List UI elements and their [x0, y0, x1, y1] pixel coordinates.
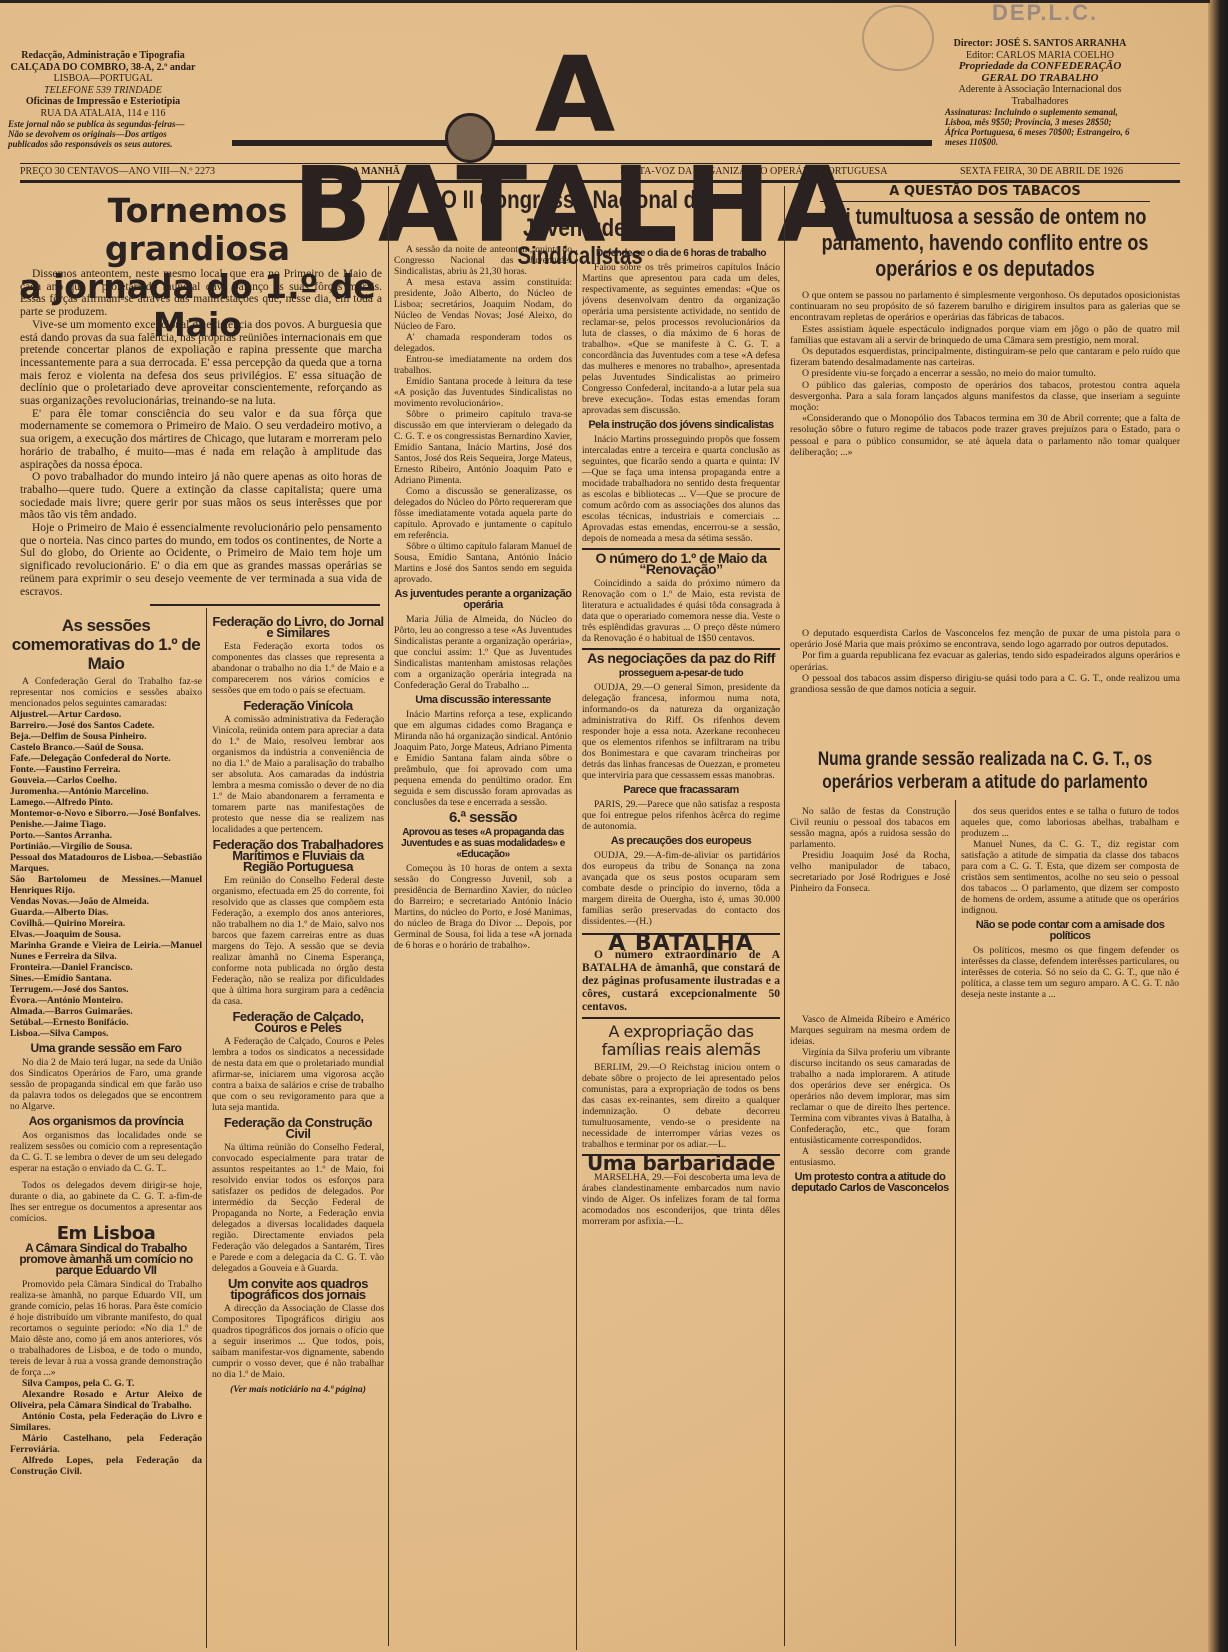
delegate-item: Lisboa.—Silva Campos.: [10, 1028, 202, 1039]
congress-paragraph: Entrou-se imediatamente na ordem dos tra…: [394, 354, 572, 376]
tobacco-paragraph: O presidente viu-se forçado a encerrar a…: [790, 368, 1180, 379]
lead-headline-line-1: Tornemos grandiosa: [10, 192, 385, 268]
delegate-item: Penishe.—Jaime Tiago.: [10, 819, 202, 830]
column-rule: [955, 800, 956, 1646]
cgt-session-headline: Numa grande sessão realizada na C. G. T.…: [817, 748, 1153, 794]
adherent-line: Aderente à Associação Internacional dos …: [945, 84, 1135, 107]
convite-text: A direcção da Associação de Classe dos C…: [212, 1303, 384, 1380]
batalha-extra-box: A BATALHA O número extraordinário de A B…: [582, 933, 780, 1019]
library-stamp-icon: [862, 5, 934, 71]
cgt-paragraph: dos seus queridos entes e se talha o fut…: [961, 806, 1179, 839]
lisboa-headline: Em Lisboa: [10, 1228, 202, 1239]
vinicola-headline: Federação Vinícola: [212, 700, 384, 711]
director-line: Director: JOSÉ S. SANTOS ARRANHA: [945, 38, 1135, 50]
column-rule: [388, 186, 389, 1646]
faro-headline: Uma grande sessão em Faro: [10, 1043, 202, 1054]
vinicola-text: A comissão administrativa da Federação V…: [212, 714, 384, 835]
delegate-item: Pessoal dos Matadouros de Lisboa.—Sebast…: [10, 852, 202, 874]
livro-text: Esta Federação exorta todos os component…: [212, 641, 384, 696]
speaker-item: Silva Campos, pela C. G. T.: [10, 1378, 202, 1389]
calcado-text: A Federação de Calçado, Couros e Peles l…: [212, 1036, 384, 1113]
convite-headline: Um convite aos quadros tipográficos dos …: [212, 1278, 384, 1300]
sixth-session-text: Começou às 10 horas de ontem a sexta ses…: [394, 863, 572, 951]
cgt-paragraph: Presidiu Joaquim José da Rocha, velho ma…: [790, 850, 950, 894]
lead-paragraph: Vive-se um momento excepcional da existê…: [20, 319, 382, 408]
tobacco-article-body: O que ontem se passou no parlamento é si…: [790, 290, 1180, 710]
cgt-session-left-column: No salão de festas da Construção Civil r…: [790, 806, 950, 1646]
six-hours-text: Falou sôbre os três primeiros capítulos …: [582, 262, 780, 416]
sixth-session-subheadline: Aprovou as teses «A propaganda das Juven…: [394, 827, 572, 860]
delegate-item: Fonte.—Faustino Ferreira.: [10, 764, 202, 775]
kicker-rule: [820, 201, 1150, 202]
address-line-6: RUA DA ATALAIA, 114 e 116: [8, 108, 198, 120]
delegate-item: Juromenha.—António Marcelino.: [10, 786, 202, 797]
organ-tagline: PORTA-VOZ DA ORGANIZAÇÃO OPERÁRIA PORTUG…: [620, 166, 887, 177]
lead-paragraph: Dissemos anteontem, neste mesmo local, q…: [20, 268, 382, 319]
renovacao-text: Coincidindo a saída do próximo número da…: [582, 578, 780, 644]
address-line-1: Redacção, Administração e Tipografia: [8, 50, 198, 62]
masthead-left-box: Redacção, Administração e Tipografia CAL…: [8, 50, 198, 149]
riff-subheadline: prosseguem a-pesar-de tudo: [582, 668, 780, 679]
cgt-paragraph: Vasco de Almeida Ribeiro e Américo Marqu…: [790, 1014, 950, 1047]
delegate-item: Montemor-o-Novo e Siborro.—José Bonfalve…: [10, 808, 202, 819]
amisade-headline: Não se pode contar com a amisade dos pol…: [961, 920, 1179, 942]
discussion-text: Inácio Martins reforça a tese, explicand…: [394, 709, 572, 808]
delegate-item: Marinha Grande e Vieira de Leiria.—Manue…: [10, 940, 202, 962]
delegates-list: Aljustrel.—Artur Cardoso. Barreiro.—José…: [10, 709, 202, 1039]
maritimos-headline: Federação dos Trabalhadores Marítimos e …: [212, 839, 384, 872]
lead-paragraph: E' para êle tomar consciência do seu val…: [20, 408, 382, 472]
lead-paragraph: Hoje o Primeiro de Maio é essencialmente…: [20, 522, 382, 598]
sixth-session-headline: 6.ª sessão: [394, 812, 572, 823]
delegate-item: Covilhã.—Quirino Moreira.: [10, 918, 202, 929]
column-rule: [576, 250, 577, 1650]
address-line-3: LISBOA—PORTUGAL: [8, 73, 198, 85]
phone-line: TELEFONE 539 TRINDADE: [8, 85, 198, 97]
infobar-bottom-rule: [20, 180, 1180, 183]
batalha-box-text: O número extraordinário de A BATALHA de …: [582, 949, 780, 1014]
lead-paragraph: O povo trabalhador do mundo inteiro já n…: [20, 471, 382, 522]
congress-paragraph: Emídio Santana procede à leitura da tese…: [394, 376, 572, 409]
congress-paragraph: A' chamada responderam todos os delegado…: [394, 332, 572, 354]
livro-headline: Federação do Livro, do Jornal e Similare…: [212, 616, 384, 638]
congress-paragraph: A mesa estava assim constituída: preside…: [394, 277, 572, 332]
price-issue: PREÇO 30 CENTAVOS—ANO VIII—N.º 2273: [20, 166, 215, 177]
expropriacao-headline: A expropriação das famílias reais alemãs: [582, 1023, 780, 1059]
batalha-box-title: A BATALHA: [582, 938, 780, 949]
instrucao-text: Inácio Martins prosseguindo propôs que f…: [582, 434, 780, 544]
title-underline: [232, 140, 932, 146]
masthead-right-box: Director: JOSÉ S. SANTOS ARRANHA Editor:…: [945, 38, 1135, 147]
construcao-text: Na última reünião do Conselho Federal, c…: [212, 1142, 384, 1274]
property-line: Propriedade da CONFEDERAÇÃO GERAL DO TRA…: [945, 61, 1135, 84]
sessions-headline: As sessões comemorativas do 1.º de Maio: [10, 616, 202, 673]
delegate-item: Almada.—Barros Guimarães.: [10, 1006, 202, 1017]
construcao-headline: Federação da Construção Civil: [212, 1117, 384, 1139]
tobacco-paragraph: Estes assistiam àquele espectáculo indig…: [790, 324, 1180, 346]
six-hours-headline: Defende-se o dia de 6 horas de trabalho: [582, 248, 780, 259]
tobacco-paragraph: O pessoal dos tabacos assim disperso dir…: [790, 673, 1180, 695]
expropriacao-text: BERLIM, 29.—O Reichstag iniciou ontem o …: [582, 1062, 780, 1150]
emblem-icon: [445, 113, 495, 163]
address-line-5: Oficinas de Impressão e Esteriotipia: [8, 96, 198, 108]
tobacco-paragraph: «Considerando que o Monopólio dos Tabaco…: [790, 413, 1180, 458]
publication-note: Este jornal não se publica às segundas-f…: [8, 119, 198, 149]
instrucao-headline: Pela instrução dos jóvens sindicalistas: [582, 420, 780, 431]
congress-paragraph: Como a discussão se generalizasse, os de…: [394, 486, 572, 541]
column-4: Defende-se o dia de 6 horas de trabalho …: [582, 244, 780, 1644]
issue-date: SEXTA FEIRA, 30 DE ABRIL DE 1926: [960, 166, 1123, 177]
motion-text-filler: [790, 458, 1180, 628]
cgt-session-right-column: dos seus queridos entes e se talha o fut…: [961, 806, 1179, 1646]
lisboa-subheadline: A Câmara Sindical do Trabalho promove àm…: [10, 1243, 202, 1276]
sessions-intro: A Confederação Geral do Trabalho faz-se …: [10, 676, 202, 709]
delegate-item: São Bartolomeu de Messines.—Manuel Henri…: [10, 874, 202, 896]
delegate-item: Portinião.—Virgílio de Sousa.: [10, 841, 202, 852]
riff-text: OUDJA, 29.—O general Simon, presidente d…: [582, 682, 780, 781]
tagline: DIÁRIO DA MANHÃ: [305, 166, 400, 177]
delegate-item: Fafe.—Delegação Confederal do Norte.: [10, 753, 202, 764]
delegate-item: Setúbal.—Ernesto Bonifácio.: [10, 1017, 202, 1028]
column-1: As sessões comemorativas do 1.º de Maio …: [10, 612, 202, 1647]
delegate-item: Barreiro.—José dos Santos Cadete.: [10, 720, 202, 731]
delegates-note: Todos os delegados devem dirigir-se hoje…: [10, 1180, 202, 1224]
europeus-text: OUDJA, 29.—A-fim-de-aliviar os partidári…: [582, 850, 780, 927]
deputado-protest-headline: Um protesto contra a atitude do deputado…: [790, 1172, 950, 1194]
cgt-paragraph: Virgínia da Silva proferiu um vibrante d…: [790, 1047, 950, 1146]
speaker-item: Alfredo Lopes, pela Federação da Constru…: [10, 1455, 202, 1477]
discussion-subheadline: Uma discussão interessante: [394, 695, 572, 706]
tobacco-paragraph: Os deputados esquerdistas, principalment…: [790, 346, 1180, 368]
congress-paragraph: Sôbre o último capítulo falaram Manuel d…: [394, 541, 572, 585]
delegate-item: Guarda.—Alberto Dias.: [10, 907, 202, 918]
page-edge: [1208, 0, 1228, 1652]
congress-paragraph: Sôbre o primeiro capítulo trava-se discu…: [394, 409, 572, 486]
cgt-paragraph: No salão de festas da Construção Civil r…: [790, 806, 950, 850]
cgt-text-filler: [790, 894, 950, 1014]
footnote: (Ver mais noticiário na 4.ª página): [212, 1384, 384, 1395]
speaker-item: Mário Castelhano, pela Federação Ferrovi…: [10, 1433, 202, 1455]
europeus-headline: As precauções dos europeus: [582, 836, 780, 847]
delegate-item: Vendas Novas.—João de Almeida.: [10, 896, 202, 907]
address-line-2: CALÇADA DO COMBRO, 38-A, 2.º andar: [8, 62, 198, 74]
riff-headline: As negociações da paz do Riff: [582, 648, 780, 664]
tobacco-paragraph: O deputado esquerdista Carlos de Vasconc…: [790, 628, 1180, 650]
lead-end-rule: [150, 604, 380, 606]
congress-headline-line-1: O II Congresso Nacional das Juventudes: [416, 186, 744, 242]
lead-article-body: Dissemos anteontem, neste mesmo local, q…: [20, 268, 382, 598]
speaker-item: António Costa, pela Federação do Livro e…: [10, 1411, 202, 1433]
delegate-item: Lamego.—Alfredo Pinto.: [10, 797, 202, 808]
tobacco-paragraph: O que ontem se passou no parlamento é si…: [790, 290, 1180, 324]
provincia-headline: Aos organismos da província: [10, 1116, 202, 1127]
delegate-item: Évora.—António Monteiro.: [10, 995, 202, 1006]
barbaridade-text: MARSELHA, 29.—Foi descoberta uma leva de…: [582, 1172, 780, 1227]
tobacco-headline: Foi tumultuosa a sessão de ontem no parl…: [817, 204, 1153, 282]
column-3: A sessão da noite de anteontem, quinta d…: [394, 244, 572, 1644]
delegate-item: Gouveia.—Carlos Coelho.: [10, 775, 202, 786]
tobacco-kicker: A QUESTÃO DOS TABACOS: [790, 184, 1180, 199]
fracassaram-headline: Parece que fracassaram: [582, 785, 780, 796]
infobar-top-rule: [20, 163, 1180, 164]
tobacco-paragraph: Por fim a guarda republicana fez evacuar…: [790, 650, 1180, 672]
deposit-stamp: DEP.L.C.: [992, 0, 1098, 26]
cgt-paragraph: A sessão decorre com grande entusiasmo.: [790, 1146, 950, 1168]
delegate-item: Porto.—Santos Arranha.: [10, 830, 202, 841]
delegate-item: Castelo Branco.—Saúl de Sousa.: [10, 742, 202, 753]
delegate-item: Elvas.—Joaquim de Sousa.: [10, 929, 202, 940]
provincia-text: Aos organismos das localidades onde se r…: [10, 1130, 202, 1174]
delegate-item: Sines.—Emídio Santana.: [10, 973, 202, 984]
congress-paragraph: A sessão da noite de anteontem, quinta d…: [394, 244, 572, 277]
amisade-text: Os políticos, mesmo os que fingem defend…: [961, 945, 1179, 1000]
delegate-item: Beja.—Delfim de Sousa Pinheiro.: [10, 731, 202, 742]
faro-text: No dia 2 de Maio terá lugar, na sede da …: [10, 1057, 202, 1112]
lisboa-text: Promovido pela Câmara Sindical do Trabal…: [10, 1279, 202, 1378]
column-rule: [206, 608, 207, 1648]
column-2: Federação do Livro, do Jornal e Similare…: [212, 612, 384, 1647]
delegate-item: Fronteira.—Daniel Francisco.: [10, 962, 202, 973]
fracassaram-text: PARIS, 29.—Parece que não satisfaz a res…: [582, 799, 780, 832]
subscriptions-line: Assinaturas: Incluindo o suplemento sema…: [945, 107, 1135, 147]
maritimos-text: Em reünião do Conselho Federal deste org…: [212, 875, 384, 1007]
juventudes-text: Maria Júlia de Almeida, do Núcleo do Pôr…: [394, 614, 572, 691]
delegate-item: Aljustrel.—Artur Cardoso.: [10, 709, 202, 720]
column-rule: [784, 186, 785, 1646]
juventudes-subheadline: As juventudes perante a organização oper…: [394, 589, 572, 611]
tobacco-paragraph: O público das galerias, composto de oper…: [790, 380, 1180, 414]
barbaridade-headline: Uma barbaridade: [582, 1154, 780, 1169]
delegate-item: Terrugem.—José dos Santos.: [10, 984, 202, 995]
renovacao-headline: O número do 1.º de Maio da “Renovação”: [582, 548, 780, 575]
cgt-paragraph: Manuel Nunes, da C. G. T., diz registar …: [961, 839, 1179, 916]
calcado-headline: Federação de Calçado, Couros e Peles: [212, 1011, 384, 1033]
speaker-item: Alexandre Rosado e Artur Aleixo de Olive…: [10, 1389, 202, 1411]
